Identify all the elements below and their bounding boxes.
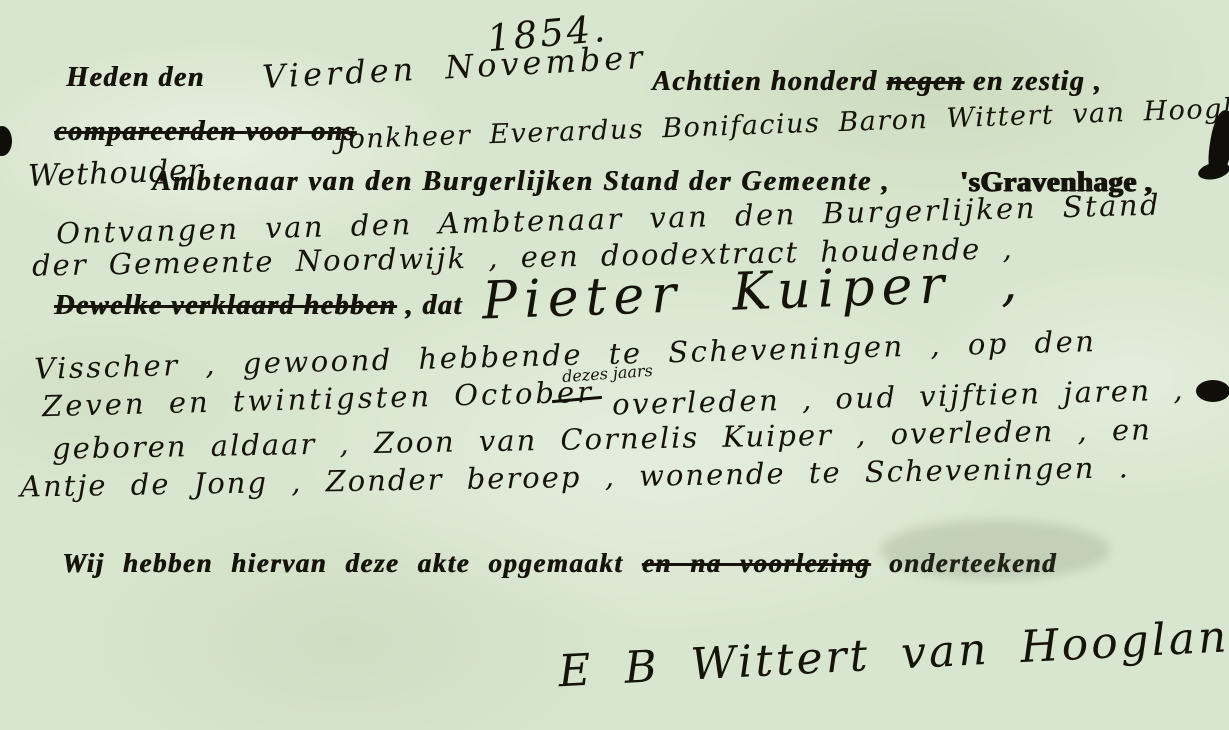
preprinted-compareerden-struck: compareerden voor ons — [54, 116, 356, 148]
preprinted-closing-struck: en na voorlezing — [642, 548, 871, 578]
preprinted-year: Achttien honderd negen en zestig , — [652, 64, 1102, 98]
pencil-smudge — [880, 520, 1110, 580]
ink-smudge — [1197, 160, 1229, 182]
preprinted-year-struck-word: negen — [886, 66, 964, 97]
death-record-document: 1854. Heden den Vierden November Achttie… — [0, 0, 1229, 730]
preprinted-dewelke-struck: Dewelke verklaard hebben — [54, 290, 396, 321]
ink-smudge — [1196, 380, 1229, 402]
handwritten-official-name: Jonkheer Everardus Bonifacius Baron Witt… — [336, 91, 1229, 155]
preprinted-dewelke-line: Dewelke verklaard hebben , dat — [54, 288, 463, 322]
preprinted-ambtenaar-role: Ambtenaar van den Burgerlijken Stand der… — [152, 166, 890, 198]
preprinted-year-part-a: Achttien honderd — [652, 66, 877, 97]
preprinted-year-part-b: en zestig , — [973, 66, 1102, 97]
preprinted-dat: , dat — [405, 290, 462, 321]
handwritten-date: Vierden November — [261, 38, 647, 96]
signature-wittert-van-hoogland: E B Wittert van Hoogland — [557, 610, 1229, 698]
ink-smudge — [0, 126, 12, 156]
preprinted-heden-den: Heden den — [66, 62, 205, 94]
preprinted-closing-a: Wij hebben hiervan deze akte opgemaakt — [62, 548, 623, 578]
